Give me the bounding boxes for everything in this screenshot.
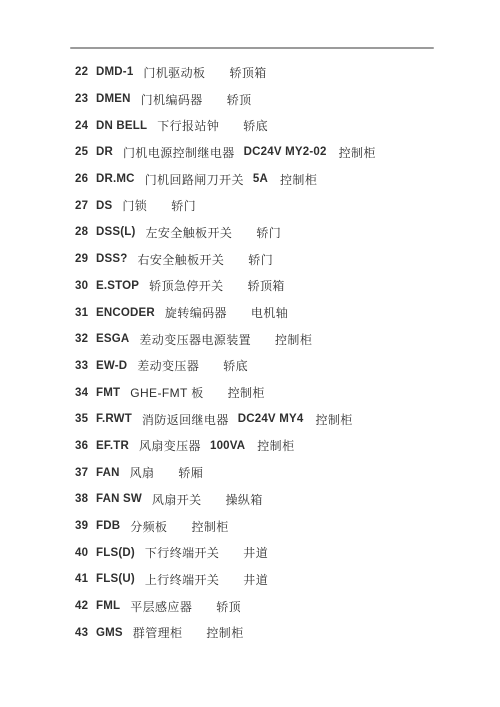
part-location: 轿底 [243,117,268,134]
parts-list-row: 39 FDB 分频板 控制柜 [75,513,490,540]
part-code: FAN SW [96,493,142,505]
part-location: 井道 [243,544,268,561]
part-location: 轿底 [223,357,248,374]
row-number: 34 [75,387,90,399]
parts-list-row: 24 DN BELL 下行报站钟 轿底 [75,112,490,139]
row-number: 28 [75,226,90,238]
part-code: DMEN [96,93,131,105]
part-code: FDB [96,520,120,532]
parts-list-row: 31 ENCODER 旋转编码器 电机轴 [75,299,490,326]
row-number: 31 [75,307,90,319]
part-location: 轿门 [171,197,196,214]
parts-list-row: 40 FLS(D) 下行终端开关 井道 [75,539,490,566]
parts-list-row: 37 FAN 风扇 轿厢 [75,459,490,486]
parts-list-row: 30 E.STOP 轿顶急停开关 轿顶箱 [75,273,490,300]
part-location: 控制柜 [339,144,376,161]
row-number: 25 [75,146,90,158]
document-page: 22 DMD-1 门机驱动板 轿顶箱 23 DMEN 门机编码器 轿顶 24 D… [0,0,500,707]
part-name: 下行报站钟 [157,117,219,134]
part-name: 门机驱动板 [143,64,205,81]
parts-list-row: 23 DMEN 门机编码器 轿顶 [75,86,490,113]
row-number: 42 [75,600,90,612]
part-code: FLS(U) [96,573,135,585]
part-name: 平层感应器 [130,598,192,615]
part-code: DMD-1 [96,66,133,78]
part-name: 风扇 [130,464,155,481]
row-number: 43 [75,627,90,639]
part-location: 轿门 [248,251,273,268]
part-name: GHE-FMT 板 [130,384,203,401]
parts-list-row: 41 FLS(U) 上行终端开关 井道 [75,566,490,593]
row-number: 39 [75,520,90,532]
part-name: 左安全触板开关 [146,224,233,241]
part-spec: 5A [253,173,268,185]
part-name: 群管理柜 [133,624,183,641]
parts-list-row: 29 DSS? 右安全触板开关 轿门 [75,246,490,273]
part-location: 井道 [243,571,268,588]
row-number: 24 [75,120,90,132]
part-name: 差动变压器电源装置 [139,331,251,348]
part-code: DSS(L) [96,226,136,238]
part-code: DS [96,200,112,212]
part-code: EF.TR [96,440,129,452]
part-location: 控制柜 [257,437,294,454]
parts-list: 22 DMD-1 门机驱动板 轿顶箱 23 DMEN 门机编码器 轿顶 24 D… [75,59,490,646]
parts-list-row: 28 DSS(L) 左安全触板开关 轿门 [75,219,490,246]
parts-list-row: 42 FML 平层感应器 轿顶 [75,593,490,620]
part-code: E.STOP [96,280,139,292]
part-location: 轿门 [256,224,281,241]
part-location: 轿顶 [227,91,252,108]
part-name: 门机编码器 [141,91,203,108]
row-number: 40 [75,547,90,559]
part-location: 控制柜 [275,331,312,348]
part-name: 右安全触板开关 [137,251,224,268]
row-number: 29 [75,253,90,265]
row-number: 35 [75,413,90,425]
part-name: 门机电源控制继电器 [123,144,235,161]
part-code: F.RWT [96,413,132,425]
parts-list-row: 27 DS 门锁 轿门 [75,192,490,219]
part-code: FML [96,600,120,612]
part-spec: 100VA [210,440,245,452]
row-number: 38 [75,493,90,505]
parts-list-row: 38 FAN SW 风扇开关 操纵箱 [75,486,490,513]
row-number: 27 [75,200,90,212]
parts-list-row: 34 FMT GHE-FMT 板 控制柜 [75,379,490,406]
part-code: FAN [96,467,120,479]
part-name: 下行终端开关 [145,544,219,561]
part-name: 上行终端开关 [145,571,219,588]
row-number: 33 [75,360,90,372]
part-code: EW-D [96,360,127,372]
row-number: 30 [75,280,90,292]
part-location: 电机轴 [251,304,288,321]
parts-list-row: 33 EW-D 差动变压器 轿底 [75,353,490,380]
row-number: 37 [75,467,90,479]
part-name: 差动变压器 [137,357,199,374]
part-code: FMT [96,387,120,399]
part-name: 门锁 [122,197,147,214]
part-name: 分频板 [130,518,167,535]
row-number: 41 [75,573,90,585]
part-location: 控制柜 [206,624,243,641]
parts-list-row: 22 DMD-1 门机驱动板 轿顶箱 [75,59,490,86]
part-location: 控制柜 [228,384,265,401]
part-location: 控制柜 [315,411,352,428]
part-spec: DC24V MY2-02 [244,146,327,158]
part-code: ESGA [96,333,129,345]
part-code: DR [96,146,113,158]
part-name: 风扇变压器 [139,437,201,454]
parts-list-row: 32 ESGA 差动变压器电源装置 控制柜 [75,326,490,353]
part-code: DN BELL [96,120,147,132]
part-location: 操纵箱 [226,491,263,508]
part-name: 门机回路闸刀开关 [145,171,244,188]
part-code: FLS(D) [96,547,135,559]
part-code: DSS? [96,253,127,265]
row-number: 32 [75,333,90,345]
part-location: 轿顶 [216,598,241,615]
parts-list-row: 43 GMS 群管理柜 控制柜 [75,619,490,646]
part-location: 轿顶箱 [248,277,285,294]
row-number: 22 [75,66,90,78]
part-name: 旋转编码器 [165,304,227,321]
row-number: 26 [75,173,90,185]
parts-list-row: 36 EF.TR 风扇变压器 100VA 控制柜 [75,433,490,460]
horizontal-divider [70,47,434,49]
part-code: GMS [96,627,123,639]
parts-list-row: 25 DR 门机电源控制继电器 DC24V MY2-02 控制柜 [75,139,490,166]
part-location: 轿厢 [178,464,203,481]
part-name: 消防返回继电器 [142,411,229,428]
parts-list-row: 26 DR.MC 门机回路闸刀开关 5A 控制柜 [75,166,490,193]
part-location: 轿顶箱 [229,64,266,81]
part-location: 控制柜 [191,518,228,535]
part-spec: DC24V MY4 [238,413,304,425]
part-name: 轿顶急停开关 [149,277,223,294]
parts-list-row: 35 F.RWT 消防返回继电器 DC24V MY4 控制柜 [75,406,490,433]
part-code: ENCODER [96,307,155,319]
part-code: DR.MC [96,173,135,185]
part-name: 风扇开关 [152,491,202,508]
part-location: 控制柜 [280,171,317,188]
row-number: 36 [75,440,90,452]
row-number: 23 [75,93,90,105]
